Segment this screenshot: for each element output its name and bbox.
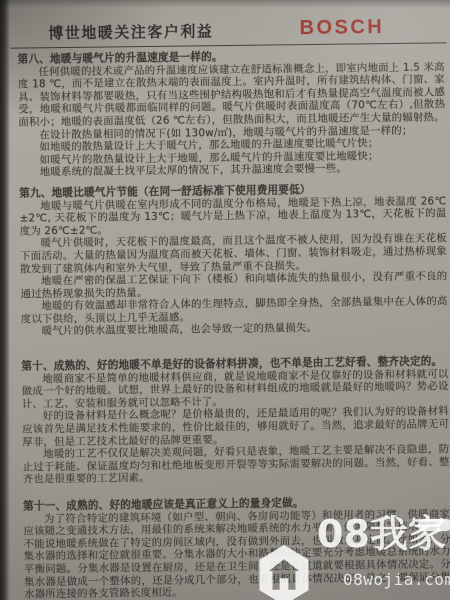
document-section: 第八、地暖与暖气片的升温速度是一样的。任何供暖的技术或产品的升温速度应该建立在舒… xyxy=(18,48,447,179)
paragraph: 暖气片供暖时，天花板下的温度最高，而且这个温度不被人使用，因为没有谁在天花板下面… xyxy=(20,233,447,276)
paragraph: 任何供暖的技术或产品的升温速度应该建立在舒适标准概念上，即室内地面上 1.5 米… xyxy=(18,61,446,129)
paragraph: 地暖与暖气片供暖在室内形成不同的温度分布格局，地暖是下热上凉，地表温度 26℃±… xyxy=(19,195,446,238)
paragraph: 好的设备材料是什么概念呢？是价格最贵的，还是最适用的呢？我们认为好的设备材料应该… xyxy=(22,406,449,449)
page-title: 博世地暖关注客户利益 xyxy=(48,20,213,43)
document-section: 第十、成熟的、好的地暖不单是好的设备材料拼凑，也不单是由工艺好看、整齐决定的。地… xyxy=(21,355,450,486)
paper-page: 博世地暖关注客户利益 BOSCH 第八、地暖与暖气片的升温速度是一样的。任何供暖… xyxy=(8,3,450,600)
watermark-brand: 08我家 xyxy=(317,515,446,553)
paragraph: 地暖商家不是简单的地暖材料供应商，就是说地暖商家不是仅靠好的设备和材料就可以做成… xyxy=(21,368,448,411)
document-section: 第九、地暖比暖气片节能（在同一舒适标准下使用费用要低）地暖与暖气片供暖在室内形成… xyxy=(19,182,448,338)
bosch-logo: BOSCH xyxy=(299,16,384,40)
house-badge-icon xyxy=(255,545,313,600)
document-photo: 博世地暖关注客户利益 BOSCH 第八、地暖与暖气片的升温速度是一样的。任何供暖… xyxy=(0,0,450,600)
watermark-domain: 08wojia.com xyxy=(343,570,450,589)
page-edge-shadow xyxy=(0,0,10,600)
paragraph: 地暖的工艺不仅仅是解决美观问题，好看只是表象，地暖工艺主要是解决不良隐患，防止过… xyxy=(22,444,449,487)
page-header: 博世地暖关注客户利益 BOSCH xyxy=(8,3,450,46)
watermark: 08我家 08wojia.com xyxy=(255,513,450,600)
